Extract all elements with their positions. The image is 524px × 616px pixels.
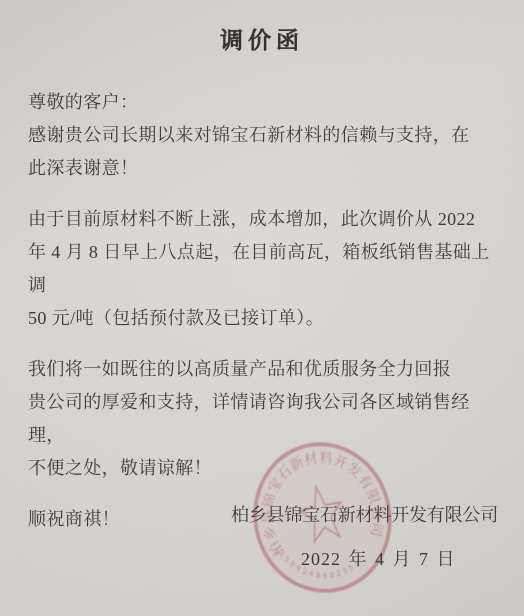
paragraph-line: 50 元/吨（包括预付款及已接订单）。 — [28, 302, 504, 335]
paragraph-line: 贵公司的厚爱和支持，详情请咨询我公司各区域销售经理， — [28, 386, 504, 452]
signature-date: 2022 年 4 月 7 日 — [301, 545, 456, 571]
paragraph-line: 由于目前原材料不断上涨，成本增加，此次调价从 2022 — [28, 203, 504, 236]
signature-company: 柏乡县锦宝石新材料开发有限公司 — [231, 501, 498, 527]
paragraph-line: 我们将一如既往的以高质量产品和优质服务全力回报 — [28, 353, 504, 386]
paragraph-line: 年 4 月 8 日早上八点起，在目前高瓦，箱板纸销售基础上调 — [28, 236, 504, 302]
salutation: 尊敬的客户： — [28, 86, 504, 119]
paragraph-line: 此深表谢意！ — [28, 152, 504, 185]
letter-page: 调价函 尊敬的客户： 感谢贵公司长期以来对锦宝石新材料的信赖与支持，在 此深表谢… — [0, 0, 524, 616]
letter-body: 尊敬的客户： 感谢贵公司长期以来对锦宝石新材料的信赖与支持，在 此深表谢意！ 由… — [28, 86, 504, 554]
paragraph-line: 感谢贵公司长期以来对锦宝石新材料的信赖与支持，在 — [28, 119, 504, 152]
page-title: 调价函 — [0, 22, 524, 55]
paragraph-line: 不便之处，敬请谅解！ — [28, 452, 504, 485]
